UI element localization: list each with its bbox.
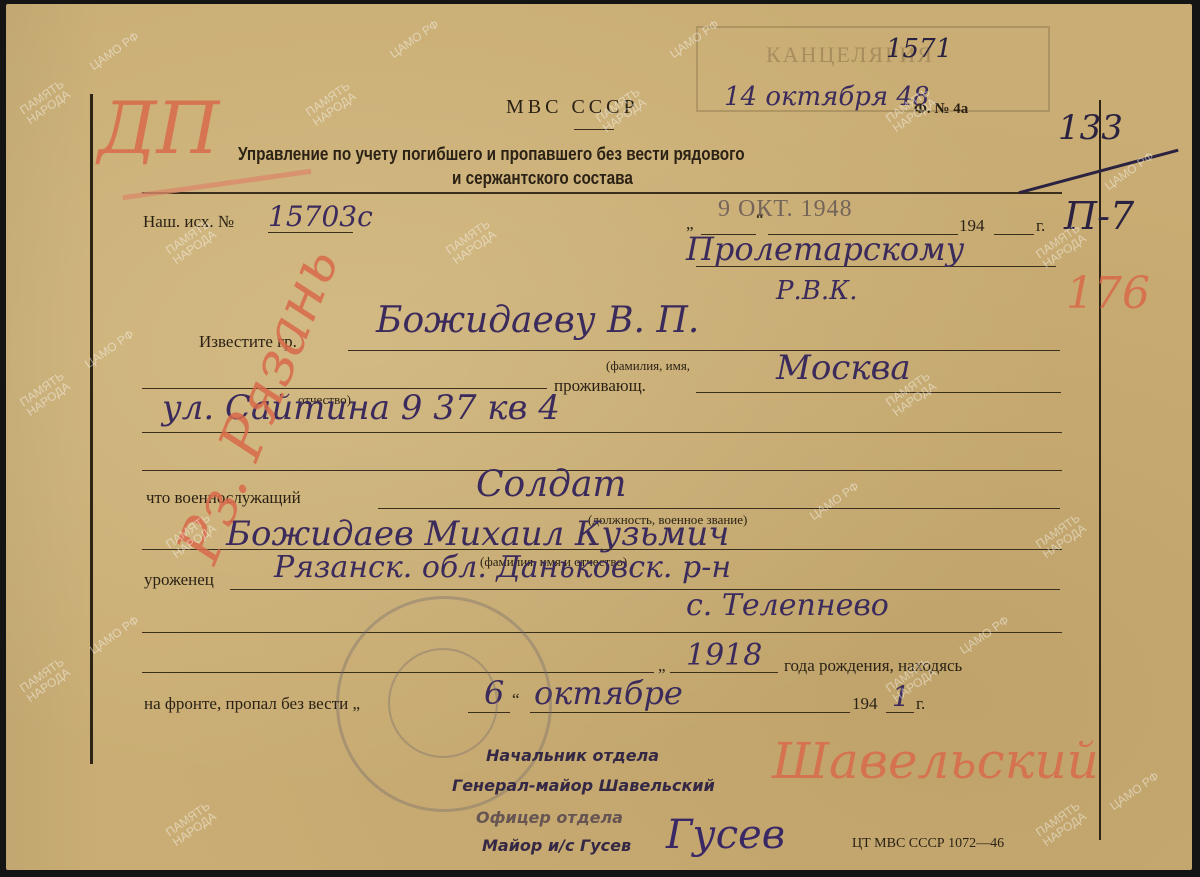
header-rule [142,192,1062,194]
missing-month-underline [530,712,850,713]
watermark-archive: ЦАМО РФ [387,17,441,61]
recipient-district: Пролетарскому [686,230,964,268]
date-year-underline [994,234,1034,235]
directorate-line-2: и сержантского состава [452,168,633,189]
recipient-city: Москва [776,348,911,388]
watermark-archive: ЦАМО РФ [1107,769,1161,813]
missing-month: октябре [534,674,683,712]
native-line-2-underline [142,632,1062,633]
watermark-project: ПАМЯТЬНАРОДА [1034,512,1089,561]
native-place-line-2: с. Телепнево [686,588,889,623]
chief-signature-red: Шавельский [772,732,1099,790]
chief-title: Начальник отдела [486,746,659,765]
date-close-quote: “ [756,210,764,230]
watermark-archive: ЦАМО РФ [957,613,1011,657]
officer-title: Офицер отдела [476,808,623,827]
watermark-project: ПАМЯТЬНАРОДА [444,218,499,267]
recipient-name-underline [348,350,1060,351]
outgoing-number: 15703с [268,200,373,233]
document-sheet: КАНЦЕЛЯРИЯ МВС СССР 14 октября 48 1571 Ф… [6,4,1192,870]
outgoing-date-stamp: 9 ОКТ. 1948 [718,196,853,223]
recipient-name-caption: (фамилия, имя, [606,358,690,374]
officer-rank-name: Майор и/с Гусев [482,836,631,855]
recipient-name: Божидаеву В. П. [376,300,699,341]
missing-year-underline [886,712,914,713]
residing-label: проживающ. [554,376,646,396]
officer-signature: Гусев [666,812,785,858]
watermark-project: ПАМЯТЬНАРОДА [594,86,649,135]
red-underline-stroke [123,169,312,200]
missing-year-suffix: г. [916,694,925,714]
directorate-line-1: Управление по учету погибшего и пропавше… [238,144,745,165]
native-place-line-1: Рязанск. обл. Даньковск. р-н [274,550,731,585]
native-underline [230,589,1060,590]
birth-open-quote: „ [658,656,666,676]
left-margin-rule [90,94,93,764]
watermark-archive: ЦАМО РФ [87,29,141,73]
watermark-archive: ЦАМО РФ [807,479,861,523]
watermark-project: ПАМЯТЬНАРОДА [304,80,359,129]
watermark-archive: ЦАМО РФ [87,613,141,657]
chief-rank-name: Генерал-майор Шавельский [452,776,715,795]
recipient-district-abbr: Р.В.К. [776,276,858,306]
city-underline [696,392,1061,393]
soldier-rank: Солдат [476,464,627,505]
missing-year-prefix: 194 [852,694,878,714]
watermark-project: ПАМЯТЬНАРОДА [164,800,219,849]
handwritten-number-top: 1571 [886,34,952,64]
watermark-project: ПАМЯТЬНАРОДА [18,656,73,705]
birth-year-underline [670,672,778,673]
margin-red-176: 176 [1066,268,1150,319]
watermark-project: ПАМЯТЬНАРОДА [18,78,73,127]
date-year-suffix: г. [1036,216,1045,236]
seal-inner-emblem [388,648,498,758]
soldier-full-name: Божидаев Михаил Кузьмич [226,514,729,554]
print-code: ЦТ МВС СССР 1072—46 [852,836,1004,852]
watermark-project: ПАМЯТЬНАРОДА [1034,800,1089,849]
margin-number-133: 133 [1058,108,1123,148]
missing-label: на фронте, пропал без вести „ [144,694,360,714]
red-note-top-left: ДП [98,86,219,170]
native-label: уроженец [144,570,214,590]
rank-underline [378,508,1060,509]
birth-year: 1918 [686,638,762,673]
watermark-project: ПАМЯТЬНАРОДА [18,370,73,419]
watermark-archive: ЦАМО РФ [1102,149,1156,193]
